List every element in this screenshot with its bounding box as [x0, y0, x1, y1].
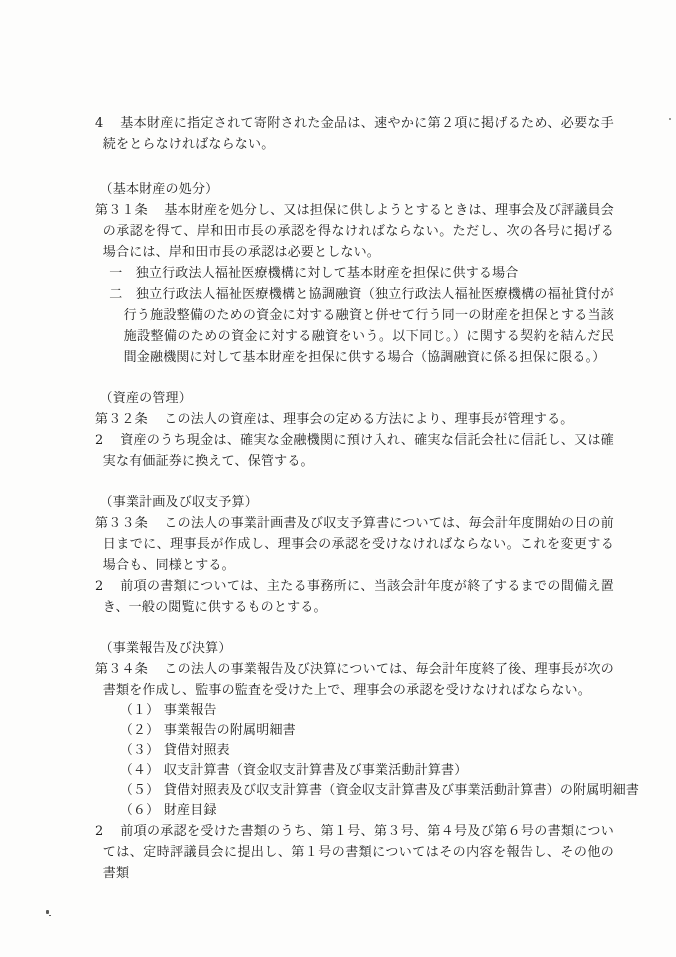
list-item-2: （２）事業報告の附属明細書 — [120, 721, 614, 741]
article-number: 第３３条 — [95, 516, 161, 531]
paragraph-text: 前項の承認を受けた書類のうち、第１号、第３号、第４号及び第６号の書類については、… — [103, 824, 614, 881]
list-item-4: （４）収支計算書（資金収支計算書及び事業活動計算書） — [120, 761, 614, 781]
section-article-32: （資産の管理） 第３２条 この法人の資産は、理事会の定める方法により、理事長が管… — [95, 388, 614, 472]
article-34-body: 第３４条 この法人の事業報告及び決算については、毎会計年度終了後、理事長が次の書… — [95, 659, 614, 701]
paragraph-text: 資産のうち現金は、確実な金融機関に預け入れ、確実な信託会社に信託し、又は確実な有… — [103, 433, 614, 469]
paragraph-number: 4 — [95, 116, 117, 131]
paragraph-number: 2 — [95, 433, 117, 448]
paragraph-number: 2 — [95, 579, 117, 594]
scan-speck — [49, 915, 51, 916]
list-item-number: （５） — [120, 783, 160, 798]
list-item-number: （１） — [120, 703, 160, 718]
list-item-1: （１）事業報告 — [120, 701, 614, 721]
item-text: 独立行政法人福祉医療機構に対して基本財産を担保に供する場合 — [136, 266, 519, 281]
article-text: この法人の事業計画書及び収支予算書については、毎会計年度開始の日の前日までに、理… — [103, 516, 614, 573]
article-text: 基本財産を処分し、又は担保に供しようとするときは、理事会及び評議員会の承認を得て… — [103, 203, 614, 260]
section-heading: （事業計画及び収支予算） — [100, 492, 614, 513]
list-item-number: （３） — [120, 743, 160, 758]
paragraph-number: 2 — [95, 824, 117, 839]
article-text: この法人の事業報告及び決算については、毎会計年度終了後、理事長が次の書類を作成し… — [103, 662, 614, 698]
article-number: 第３４条 — [95, 662, 161, 677]
article-32-body: 第３２条 この法人の資産は、理事会の定める方法により、理事長が管理する。 — [95, 409, 614, 430]
section-article-31: （基本財産の処分） 第３１条 基本財産を処分し、又は担保に供しようとするときは、… — [95, 179, 614, 368]
article-number: 第３２条 — [95, 412, 161, 427]
article-number: 第３１条 — [95, 203, 161, 218]
list-item-text: 事業報告 — [164, 703, 217, 718]
item-number: 一 — [109, 266, 135, 281]
paragraph-4: 4 基本財産に指定されて寄附された金品は、速やかに第２項に掲げるため、必要な手続… — [95, 113, 614, 155]
section-article-33: （事業計画及び収支予算） 第３３条 この法人の事業計画書及び収支予算書については… — [95, 492, 614, 618]
article-text: この法人の資産は、理事会の定める方法により、理事長が管理する。 — [164, 412, 573, 427]
list-item-text: 事業報告の附属明細書 — [164, 723, 296, 738]
section-heading: （事業報告及び決算） — [100, 638, 614, 659]
list-item-3: （３）貸借対照表 — [120, 741, 614, 761]
list-item-number: （４） — [120, 763, 160, 778]
list-item-5: （５）貸借対照表及び収支計算書（資金収支計算書及び事業活動計算書）の附属明細書 — [120, 781, 614, 801]
article-32-paragraph-2: 2 資産のうち現金は、確実な金融機関に預け入れ、確実な信託会社に信託し、又は確実… — [95, 430, 614, 472]
article-33-body: 第３３条 この法人の事業計画書及び収支予算書については、毎会計年度開始の日の前日… — [95, 513, 614, 576]
document-content: 4 基本財産に指定されて寄附された金品は、速やかに第２項に掲げるため、必要な手続… — [95, 113, 614, 884]
item-text: 独立行政法人福祉医療機構と協調融資（独立行政法人福祉医療機構の福祉貸付が行う施設… — [124, 287, 614, 365]
list-item-number: （６） — [120, 803, 160, 818]
list-item-text: 貸借対照表 — [164, 743, 230, 758]
item-2: 二 独立行政法人福祉医療機構と協調融資（独立行政法人福祉医療機構の福祉貸付が行う… — [95, 284, 614, 368]
item-1: 一 独立行政法人福祉医療機構に対して基本財産を担保に供する場合 — [95, 263, 614, 284]
list-item-text: 貸借対照表及び収支計算書（資金収支計算書及び事業活動計算書）の附属明細書 — [164, 783, 639, 798]
section-heading: （資産の管理） — [100, 388, 614, 409]
scan-speck — [669, 118, 671, 120]
scan-speck — [46, 910, 49, 914]
list-item-6: （６）財産目録 — [120, 801, 614, 821]
article-31-body: 第３１条 基本財産を処分し、又は担保に供しようとするときは、理事会及び評議員会の… — [95, 200, 614, 263]
paragraph-text: 基本財産に指定されて寄附された金品は、速やかに第２項に掲げるため、必要な手続をと… — [103, 116, 614, 152]
article-34-paragraph-2: 2 前項の承認を受けた書類のうち、第１号、第３号、第４号及び第６号の書類について… — [95, 821, 614, 884]
article-33-paragraph-2: 2 前項の書類については、主たる事務所に、当該会計年度が終了するまでの間備え置き… — [95, 576, 614, 618]
document-list: （１）事業報告 （２）事業報告の附属明細書 （３）貸借対照表 （４）収支計算書（… — [95, 701, 614, 821]
list-item-text: 財産目録 — [164, 803, 217, 818]
list-item-number: （２） — [120, 723, 160, 738]
paragraph-text: 前項の書類については、主たる事務所に、当該会計年度が終了するまでの間備え置き、一… — [103, 579, 614, 615]
item-number: 二 — [109, 287, 136, 302]
section-article-34: （事業報告及び決算） 第３４条 この法人の事業報告及び決算については、毎会計年度… — [95, 638, 614, 884]
list-item-text: 収支計算書（資金収支計算書及び事業活動計算書） — [164, 763, 468, 778]
scanned-document-page: 4 基本財産に指定されて寄附された金品は、速やかに第２項に掲げるため、必要な手続… — [0, 0, 676, 957]
section-heading: （基本財産の処分） — [100, 179, 614, 200]
